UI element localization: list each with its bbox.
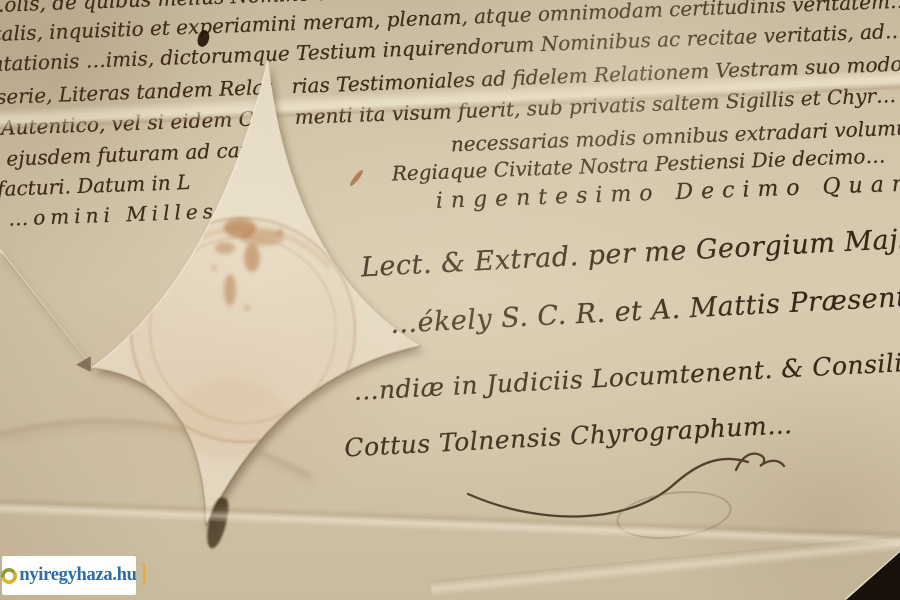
site-watermark: [ nyiregyhaza.hu ]: [2, 556, 136, 595]
seal-impression: [131, 218, 355, 460]
signature-line: …ékely S. C. R. et A. Mattis Præsent…: [389, 280, 900, 340]
manuscript-paper: …olis, de quibus melius Nomine et m…dibu…: [0, 0, 900, 600]
photo-frame: …olis, de quibus melius Nomine et m…dibu…: [0, 0, 900, 600]
nyiregyhaza-logo-icon: [1, 568, 17, 584]
under-sheet-edge-shadow: [2, 254, 94, 371]
watermark-bracket-right: ]: [139, 561, 147, 586]
signature-line: …ndiæ in Judiciis Locumtenent. & Consili…: [353, 345, 900, 406]
signature-block: Lect. & Extrad. per me Georgium Majlá… ……: [330, 213, 900, 517]
watermark-site-text: nyiregyhaza.hu: [19, 565, 136, 586]
signature-line: Cottus Tolnensis Chyrographum…: [344, 410, 794, 462]
